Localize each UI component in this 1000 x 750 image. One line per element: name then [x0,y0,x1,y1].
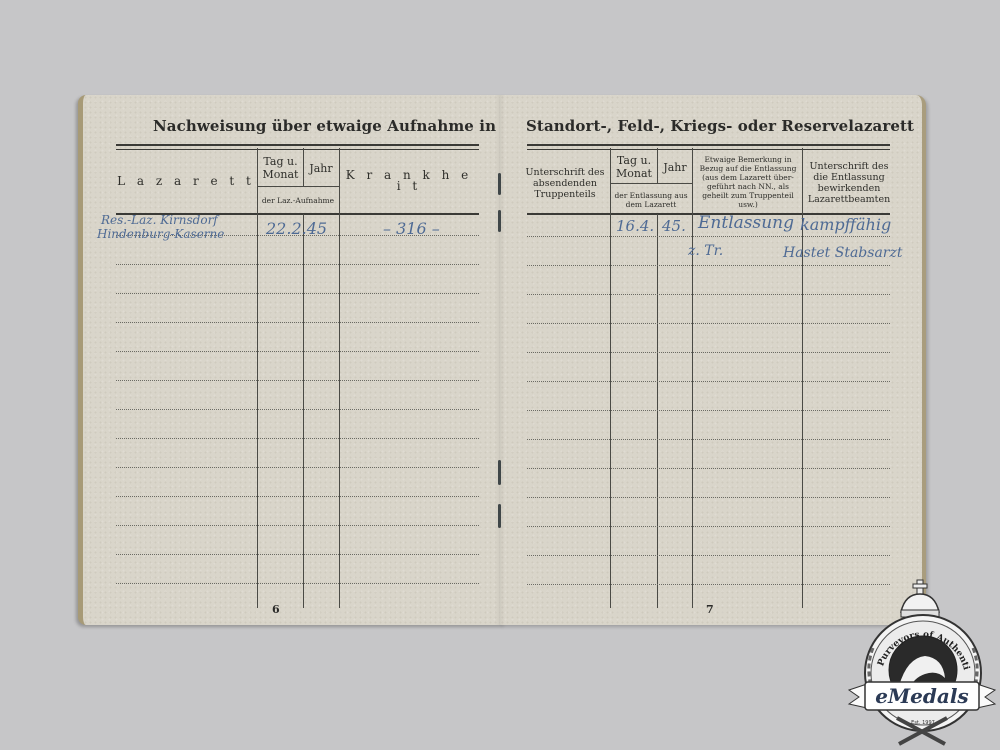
handwritten-lazarett-line1: Res.-Laz. Kirnsdorf [101,213,218,227]
binding-stitch [498,504,501,528]
dotted-row-line [116,554,479,555]
open-booklet: Nachweisung über etwaige Aufnahme in ein… [78,95,922,625]
svg-text:Est. 1997: Est. 1997 [911,720,935,726]
column-header-krankheit: K r a n k h e i t [340,150,478,212]
handwritten-remark-line1: Entlassung [698,213,794,233]
dotted-row-line [116,351,479,352]
dotted-row-line [116,525,479,526]
binding-stitch [498,210,501,232]
handwritten-discharge-day-month: 16.4. [616,217,654,235]
column-header-der-entlassung: der Entlassung aus dem Lazarett [611,185,691,215]
dotted-row-line [527,352,890,353]
handwritten-signature-line2: Hastet Stabsarzt [783,245,902,261]
subheader-divider [258,186,339,187]
dotted-row-line [527,323,890,324]
column-header-tag-monat: Tag u. Monat [258,151,303,185]
left-page: Nachweisung über etwaige Aufnahme in ein… [78,95,505,625]
column-header-lazarett: L a z a r e t t [116,150,256,212]
column-header-unterschrift-truppenteil: Unterschrift des absendenden Truppenteil… [522,151,608,215]
column-header-bemerkung: Etwaige Bemerkung in Bezug auf die Entla… [694,149,802,215]
right-page: Standort-, Feld-, Kriegs- oder Reservela… [500,95,926,625]
handwritten-krankheit: – 316 – [383,219,440,238]
dotted-row-line [116,438,479,439]
subheader-divider [610,183,692,184]
column-divider [610,148,611,608]
handwritten-admission-date: 22.2.45 [266,219,327,238]
dotted-row-line [116,264,479,265]
dotted-row-line [527,410,890,411]
column-header-der-laz-aufnahme: der Laz.-Aufnahme [258,188,338,212]
column-header-jahr: Jahr [304,151,338,185]
dotted-row-line [527,381,890,382]
emedals-crest-icon: Purveyors of Authentic Militaria eMedals… [847,578,997,750]
binding-stitch [498,173,501,195]
column-divider [339,148,340,608]
handwritten-discharge-year: 45. [662,217,686,235]
column-divider [257,148,258,608]
dotted-row-line [527,294,890,295]
left-page-heading: Nachweisung über etwaige Aufnahme in ein [153,117,528,135]
handwritten-signature-line1: kampffähig [800,215,891,234]
dotted-row-line [527,526,890,527]
dotted-row-line [527,584,890,585]
column-divider [303,148,304,186]
dotted-row-line [116,380,479,381]
column-divider [692,148,693,608]
dotted-row-line [116,467,479,468]
page-number-left: 6 [272,603,280,616]
dotted-row-line [116,496,479,497]
column-divider [657,214,658,608]
dotted-row-line [527,236,890,237]
dotted-row-line [116,293,479,294]
column-divider [303,214,304,608]
binding-stitch [498,460,501,485]
dotted-row-line [116,409,479,410]
right-page-heading: Standort-, Feld-, Kriegs- oder Reservela… [526,117,914,135]
svg-text:eMedals: eMedals [875,684,968,708]
page-number-right: 7 [706,603,714,616]
dotted-row-line [527,468,890,469]
column-header-unterschrift-beamten: Unterschrift des die Entlassung bewirken… [805,151,893,215]
dotted-row-line [527,439,890,440]
column-header-jahr: Jahr [658,151,692,183]
column-header-tag-monat: Tag u. Monat [611,151,657,183]
dotted-row-line [527,265,890,266]
handwritten-remark-line2: z. Tr. [688,243,723,259]
handwritten-lazarett-line2: Hindenburg-Kaserne [97,227,224,241]
dotted-row-line [527,497,890,498]
column-divider [657,148,658,183]
dotted-row-line [116,583,479,584]
dotted-row-line [527,555,890,556]
dotted-row-line [116,322,479,323]
emedals-watermark-logo: Purveyors of Authentic Militaria eMedals… [847,578,997,750]
